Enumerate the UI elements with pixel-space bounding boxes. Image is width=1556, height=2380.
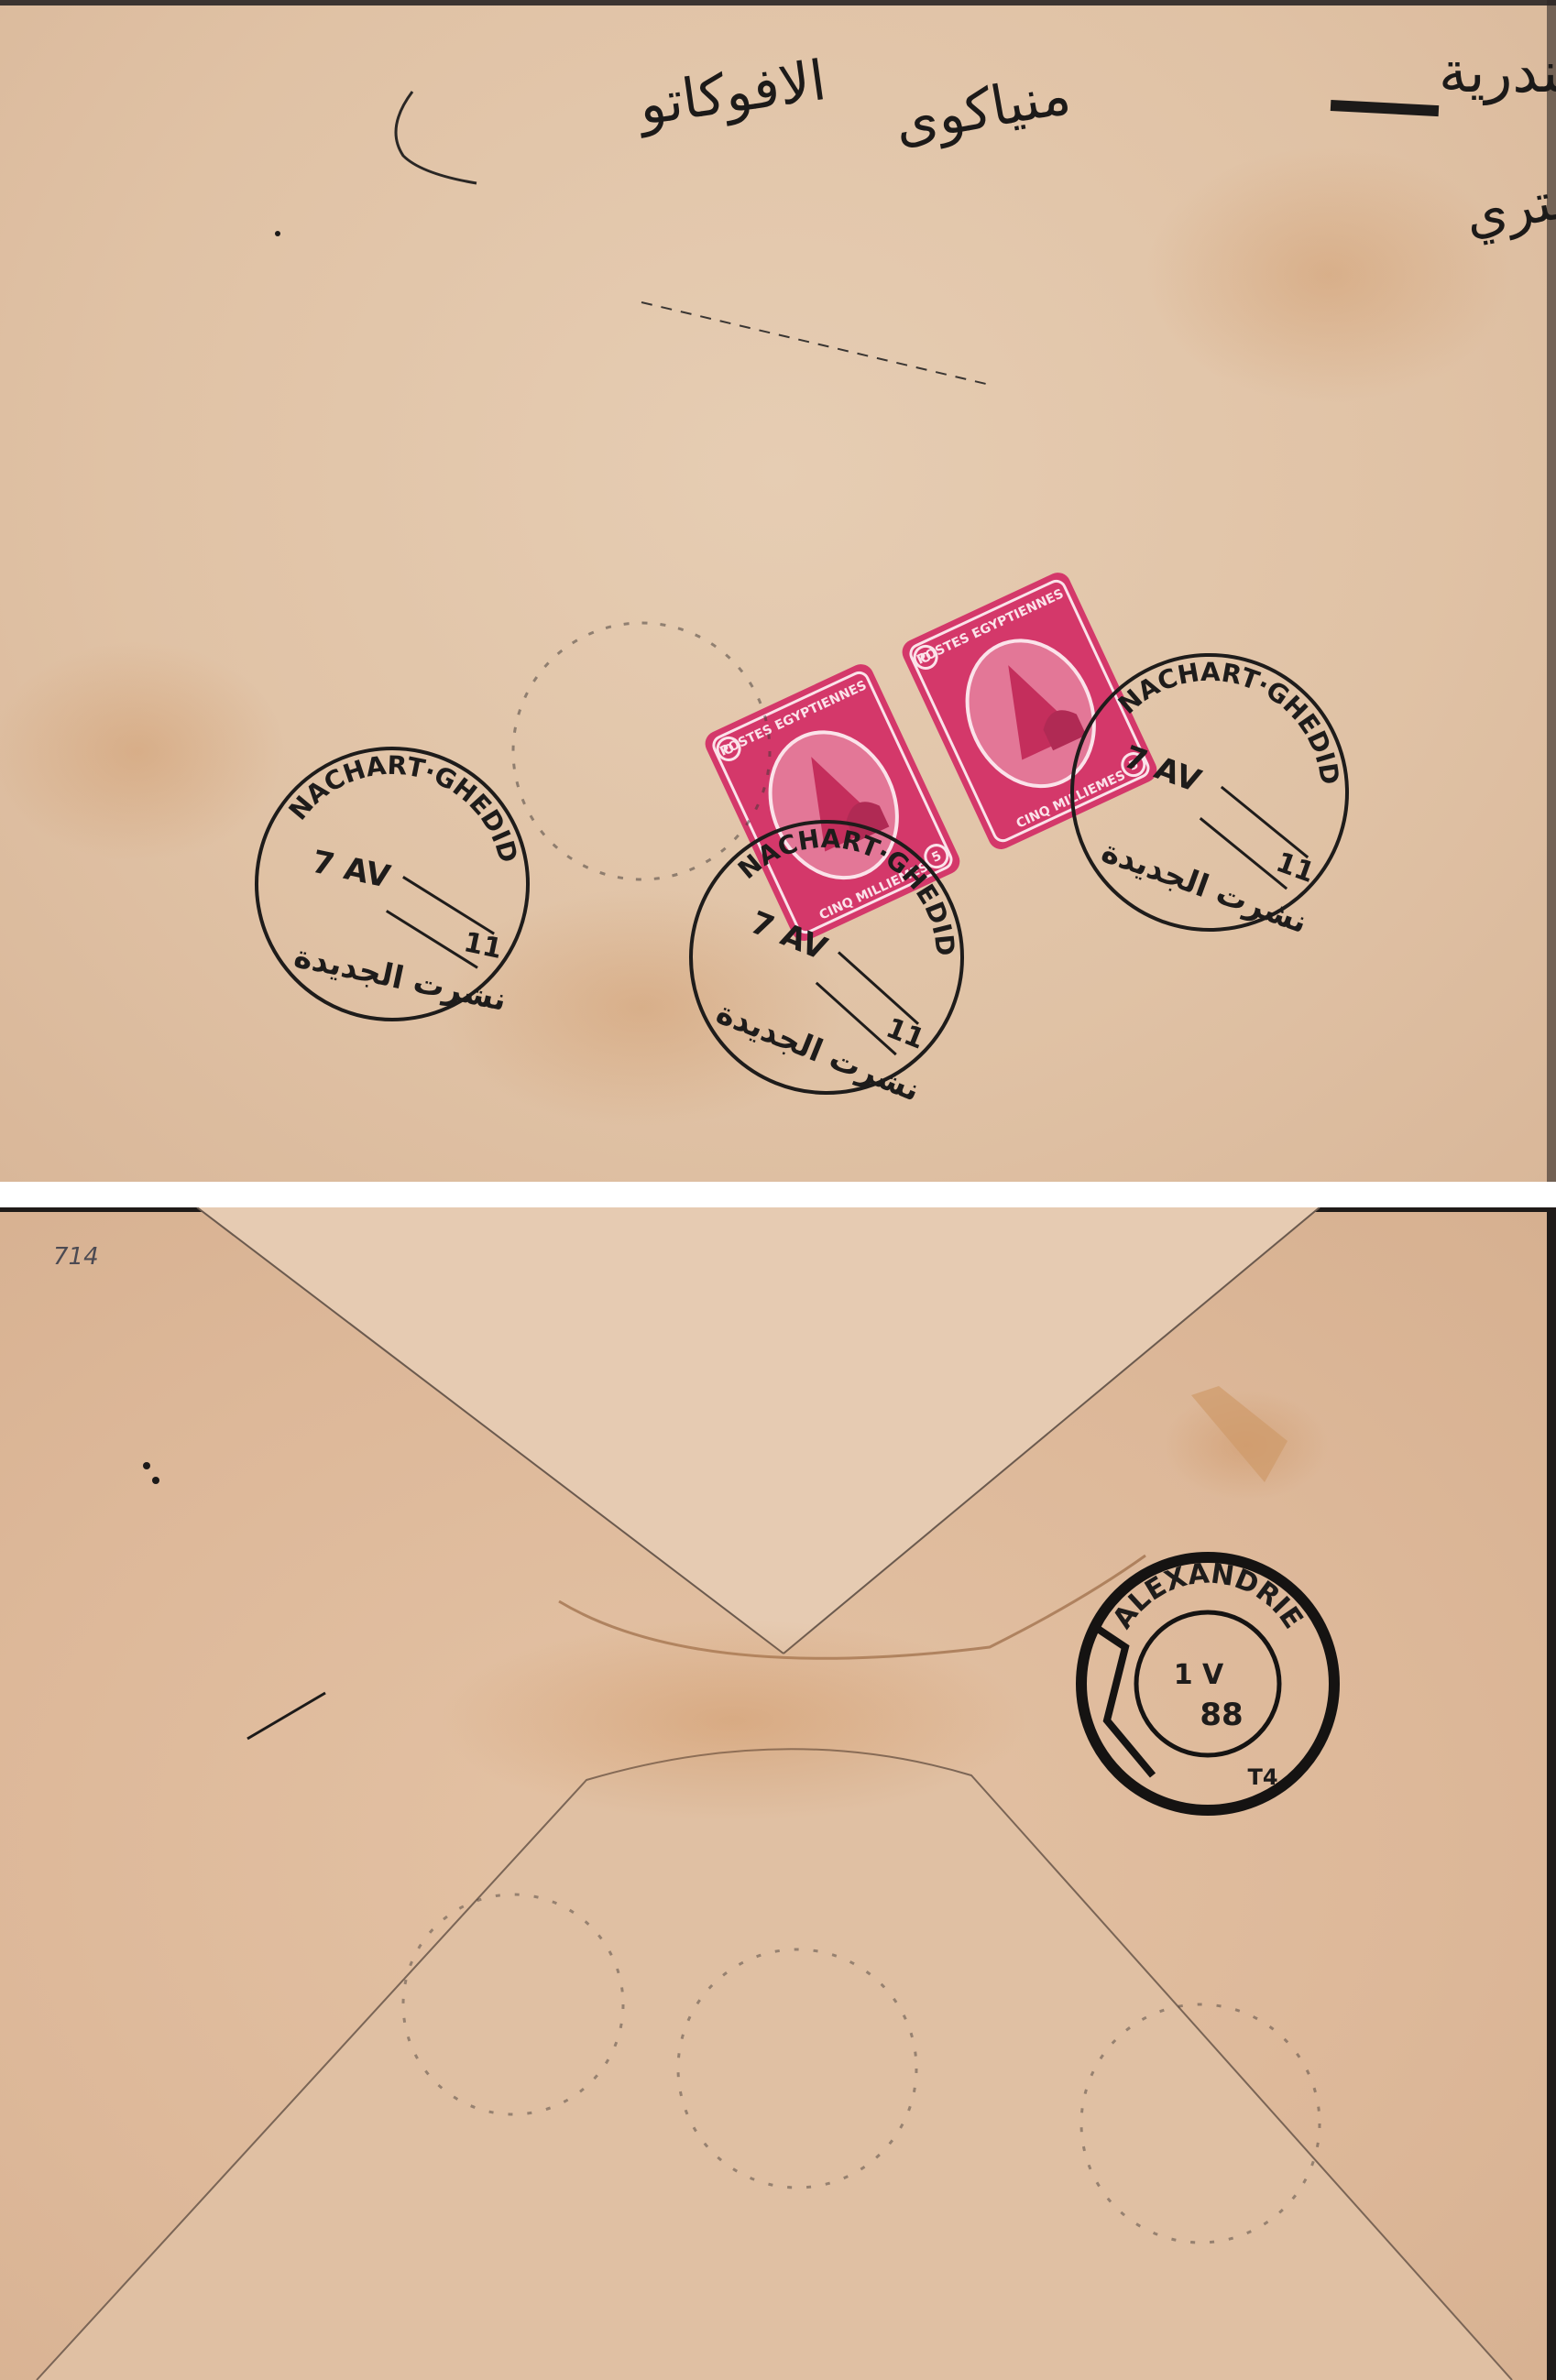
bottom-flap xyxy=(37,1749,1512,2380)
svg-text:1 V: 1 V xyxy=(1174,1659,1224,1691)
svg-text:7 AV: 7 AV xyxy=(309,844,394,896)
svg-text:T4: T4 xyxy=(1247,1764,1277,1790)
svg-text:7 AV: 7 AV xyxy=(1119,738,1206,800)
svg-text:نشرت الجديدة: نشرت الجديدة xyxy=(1097,833,1312,941)
envelope-front-artwork: سكندرية الافوكاتو منياكوى لحضرة الاجل ال… xyxy=(0,0,1556,1182)
postmark-alexandrie: ALEXANDRIE 1 V 88 T4 xyxy=(1081,1557,1334,1810)
envelope-back: 714 ALEXANDRIE 1 V 88 T4 xyxy=(0,1207,1556,2380)
svg-text:88: 88 xyxy=(1200,1697,1243,1733)
envelope-back-artwork: 714 ALEXANDRIE 1 V 88 T4 xyxy=(0,1207,1556,2380)
stamp-2: POSTES EGYPTIENNES CINQ MILLIEMES O 5 xyxy=(898,568,1161,853)
envelope-front: سكندرية الافوكاتو منياكوى لحضرة الاجل ال… xyxy=(0,0,1556,1182)
handwritten-address-line-1: الافوكاتو xyxy=(632,49,830,138)
handwritten-address-line-1b: منياكوى xyxy=(890,62,1075,156)
pencil-inventory-number: 714 xyxy=(53,1243,99,1271)
handwritten-destination: سكندرية xyxy=(1439,38,1556,106)
svg-text:ALEXANDRIE: ALEXANDRIE xyxy=(1107,1557,1309,1634)
